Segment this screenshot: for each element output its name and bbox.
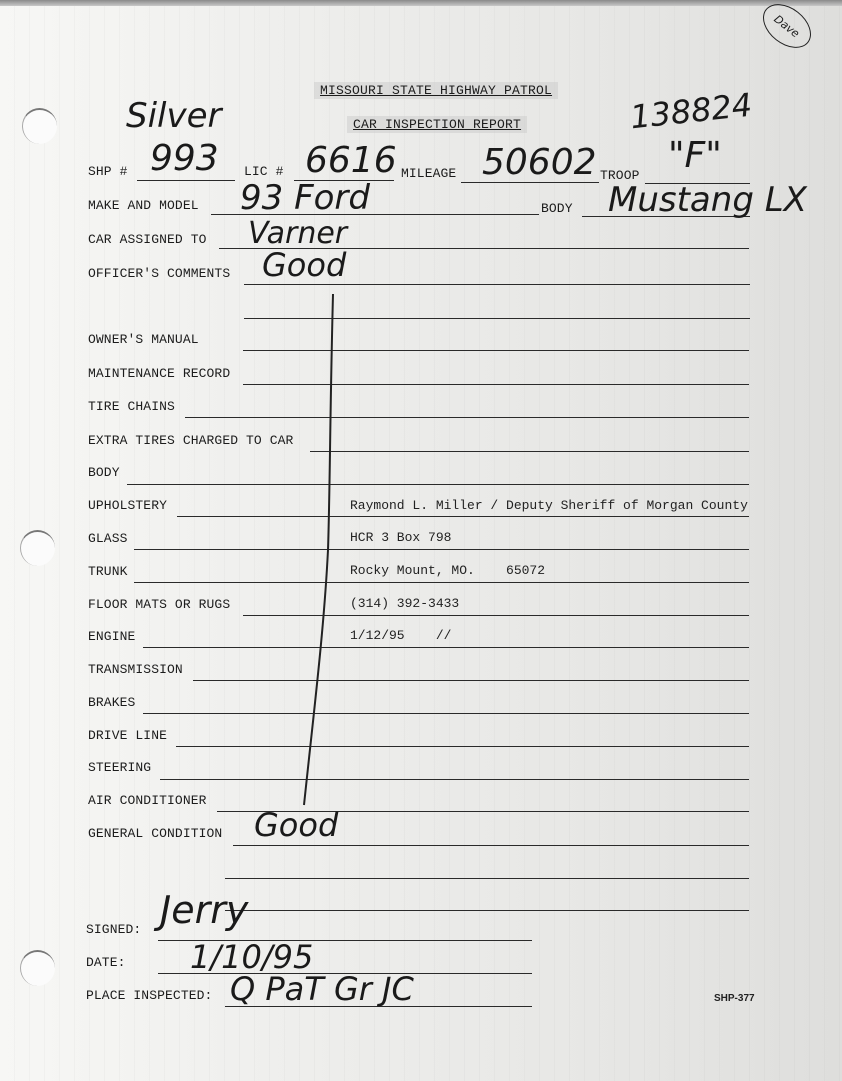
comments-label: OFFICER'S COMMENTS — [88, 266, 230, 281]
checklist-label-body: BODY — [88, 465, 120, 480]
lic-label: LIC # — [244, 164, 284, 179]
date-label: DATE: — [86, 955, 126, 970]
checklist-label-engine: ENGINE — [88, 629, 135, 644]
checklist-line-transmission[interactable] — [193, 680, 749, 681]
shp-label: SHP # — [88, 164, 128, 179]
general-condition-extra-line-1[interactable] — [225, 878, 749, 879]
make-model-label: MAKE AND MODEL — [88, 198, 199, 213]
handdrawn-vertical-line — [296, 290, 336, 820]
checklist-line-upholstery[interactable] — [177, 516, 749, 517]
signed-label: SIGNED: — [86, 922, 141, 937]
mileage-value: 50602 — [482, 142, 597, 183]
report-title: CAR INSPECTION REPORT — [347, 116, 527, 133]
checklist-line-trunk[interactable] — [134, 582, 749, 583]
checklist-label-general-condition: GENERAL CONDITION — [88, 826, 222, 841]
body-value: Mustang LX — [608, 180, 807, 220]
checklist-label-transmission: TRANSMISSION — [88, 662, 183, 677]
checklist-label-brakes: BRAKES — [88, 695, 135, 710]
place-value: Q PaT Gr JC — [230, 970, 414, 1008]
checklist-label-upholstery: UPHOLSTERY — [88, 498, 167, 513]
make-model-value: 93 Ford — [240, 178, 370, 218]
checklist-line-general-condition[interactable] — [233, 845, 749, 846]
signature: Jerry — [160, 888, 248, 932]
mileage-label: MILEAGE — [401, 166, 456, 181]
checklist-label-extra-tires: EXTRA TIRES CHARGED TO CAR — [88, 433, 293, 448]
checklist-line-glass[interactable] — [134, 549, 749, 550]
checklist-label-maintenance-record: MAINTENANCE RECORD — [88, 366, 230, 381]
checklist-line-body[interactable] — [127, 484, 749, 485]
checklist-line-drive-line[interactable] — [176, 746, 749, 747]
checklist-label-owners-manual: OWNER'S MANUAL — [88, 332, 199, 347]
checklist-line-extra-tires[interactable] — [310, 451, 749, 452]
checklist-label-air-conditioner: AIR CONDITIONER — [88, 793, 207, 808]
shp-value: 993 — [150, 138, 219, 179]
agency-heading: MISSOURI STATE HIGHWAY PATROL — [314, 82, 558, 99]
hole-punch-bottom — [20, 950, 55, 986]
scan-top-edge — [0, 0, 842, 6]
checklist-line-steering[interactable] — [160, 779, 749, 780]
checklist-label-floor-mats: FLOOR MATS OR RUGS — [88, 597, 230, 612]
checklist-value-floor-mats: (314) 392-3433 — [350, 596, 459, 611]
shp-field-line[interactable] — [137, 180, 235, 181]
checklist-label-trunk: TRUNK — [88, 564, 128, 579]
hole-punch-middle — [20, 530, 55, 566]
checklist-line-tire-chains[interactable] — [185, 417, 749, 418]
assigned-label: CAR ASSIGNED TO — [88, 232, 207, 247]
body-label: BODY — [541, 201, 573, 216]
color-annotation: Silver — [126, 96, 222, 136]
checklist-value-glass: HCR 3 Box 798 — [350, 530, 451, 545]
checklist-value-engine: 1/12/95 // — [350, 628, 451, 643]
troop-value: "F" — [668, 135, 722, 176]
hole-punch-top — [22, 108, 57, 144]
checklist-label-steering: STEERING — [88, 760, 151, 775]
comments-value: Good — [262, 246, 346, 284]
checklist-value-trunk: Rocky Mount, MO. 65072 — [350, 563, 545, 578]
checklist-label-tire-chains: TIRE CHAINS — [88, 399, 175, 414]
lic-value: 6616 — [305, 140, 397, 181]
form-number: SHP-377 — [714, 993, 755, 1004]
comments-field-line[interactable] — [244, 284, 750, 285]
checklist-value-upholstery: Raymond L. Miller / Deputy Sheriff of Mo… — [350, 498, 748, 513]
checklist-line-engine[interactable] — [143, 647, 749, 648]
checklist-label-drive-line: DRIVE LINE — [88, 728, 167, 743]
checklist-label-glass: GLASS — [88, 531, 128, 546]
place-label: PLACE INSPECTED: — [86, 988, 212, 1003]
general-condition-extra-line-2[interactable] — [225, 910, 749, 911]
checklist-line-brakes[interactable] — [143, 713, 749, 714]
